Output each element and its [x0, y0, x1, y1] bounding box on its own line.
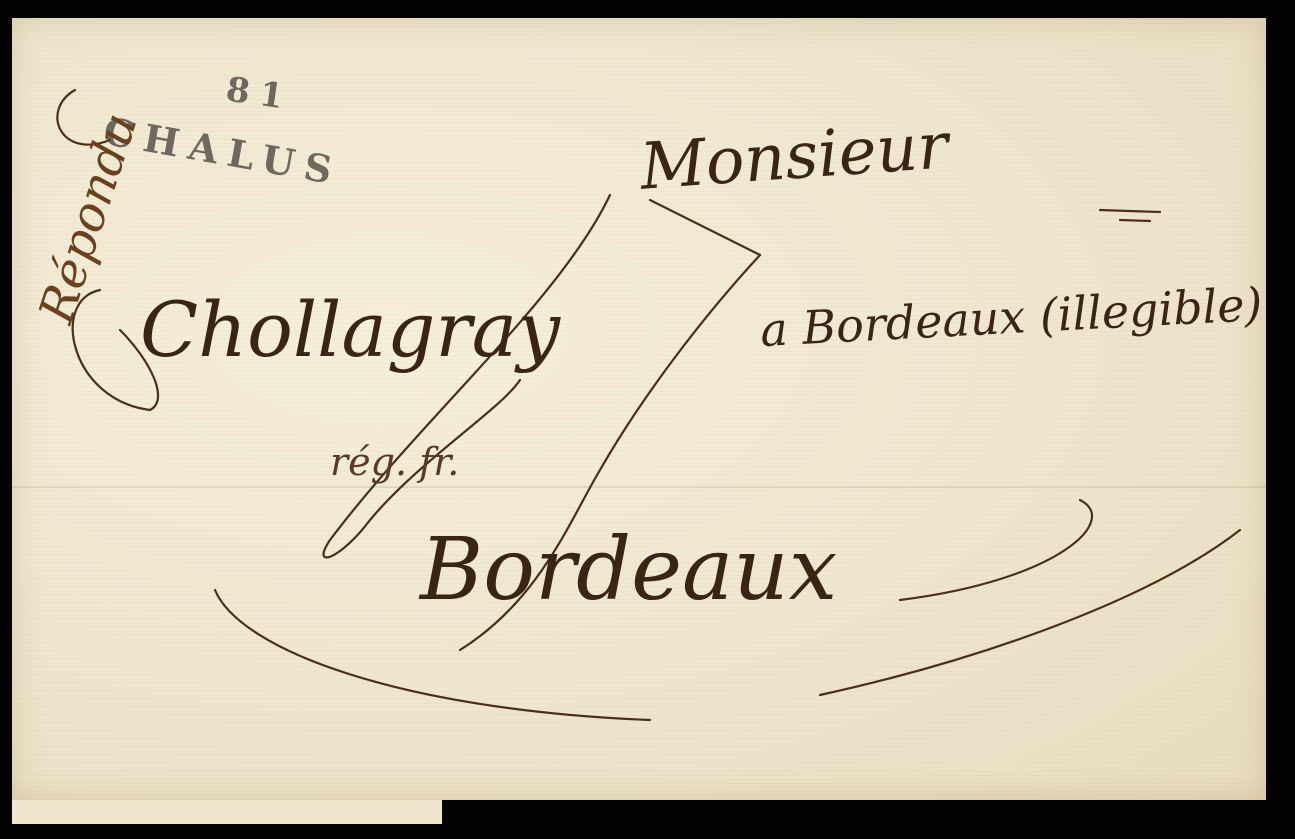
routing-note: rég. fr.: [330, 440, 459, 484]
destination-city: Bordeaux: [420, 520, 837, 620]
addressee-name: Chollagray: [140, 285, 560, 374]
